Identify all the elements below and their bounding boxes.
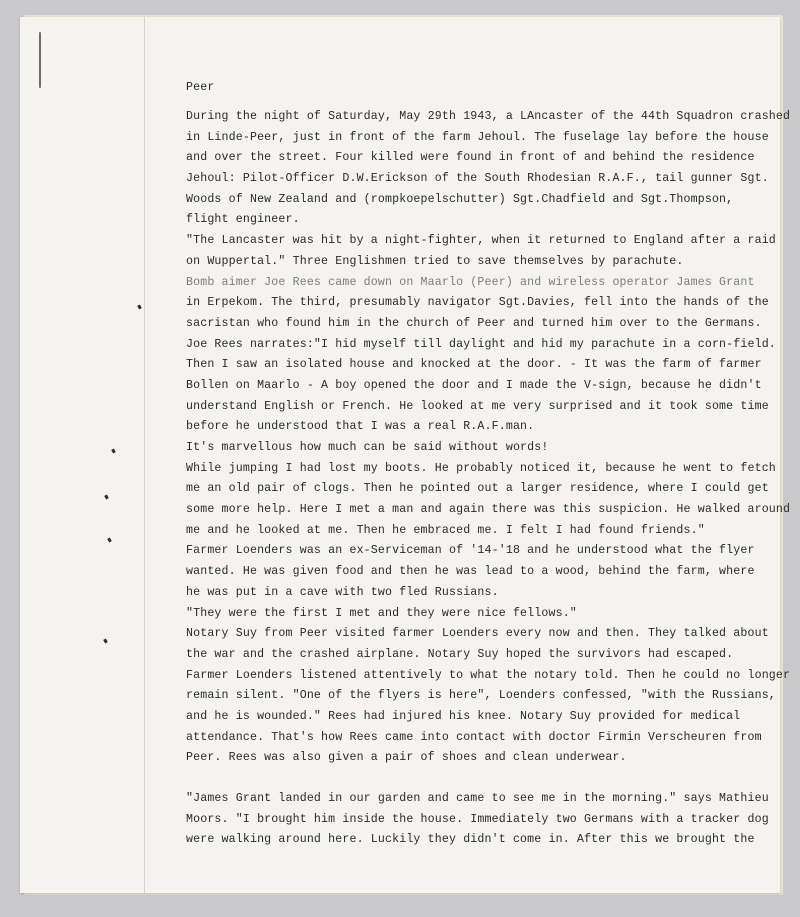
text-line: some more help. Here I met a man and aga… xyxy=(186,500,786,521)
text-line: Then I saw an isolated house and knocked… xyxy=(186,355,786,376)
text-line: Moors. "I brought him inside the house. … xyxy=(186,810,786,831)
text-line: were walking around here. Luckily they d… xyxy=(186,830,786,851)
text-line: in Erpekom. The third, presumably naviga… xyxy=(186,293,786,314)
text-line: Woods of New Zealand and (rompkoepelschu… xyxy=(186,190,786,211)
margin-fold-line xyxy=(144,17,145,893)
text-line: "James Grant landed in our garden and ca… xyxy=(186,789,786,810)
text-line: While jumping I had lost my boots. He pr… xyxy=(186,459,786,480)
text-line: It's marvellous how much can be said wit… xyxy=(186,438,786,459)
text-line: flight engineer. xyxy=(186,210,786,231)
text-line: Notary Suy from Peer visited farmer Loen… xyxy=(186,624,786,645)
text-line: Farmer Loenders was an ex-Serviceman of … xyxy=(186,541,786,562)
text-line: wanted. He was given food and then he wa… xyxy=(186,562,786,583)
margin-ink-mark xyxy=(103,639,108,644)
text-line: Farmer Loenders listened attentively to … xyxy=(186,666,786,687)
text-line: Bomb aimer Joe Rees came down on Maarlo … xyxy=(186,273,786,294)
text-line: Bollen on Maarlo - A boy opened the door… xyxy=(186,376,786,397)
text-line: remain silent. "One of the flyers is her… xyxy=(186,686,786,707)
text-line: in Linde-Peer, just in front of the farm… xyxy=(186,128,786,149)
paragraph-2: "James Grant landed in our garden and ca… xyxy=(186,789,786,851)
text-line: Jehoul: Pilot-Officer D.W.Erickson of th… xyxy=(186,169,786,190)
text-line: attendance. That's how Rees came into co… xyxy=(186,728,786,749)
text-line: the war and the crashed airplane. Notary… xyxy=(186,645,786,666)
text-line: he was put in a cave with two fled Russi… xyxy=(186,583,786,604)
text-line: before he understood that I was a real R… xyxy=(186,417,786,438)
margin-ink-mark xyxy=(107,538,112,543)
document-body: Peer During the night of Saturday, May 2… xyxy=(186,77,786,851)
text-line: sacristan who found him in the church of… xyxy=(186,314,786,335)
text-line: "They were the first I met and they were… xyxy=(186,604,786,625)
text-line: Joe Rees narrates:"I hid myself till day… xyxy=(186,335,786,356)
text-line: on Wuppertal." Three Englishmen tried to… xyxy=(186,252,786,273)
paragraph-1: During the night of Saturday, May 29th 1… xyxy=(186,107,786,769)
text-line: During the night of Saturday, May 29th 1… xyxy=(186,107,786,128)
text-line: and he is wounded." Rees had injured his… xyxy=(186,707,786,728)
text-line: me an old pair of clogs. Then he pointed… xyxy=(186,479,786,500)
text-line: Peer. Rees was also given a pair of shoe… xyxy=(186,748,786,769)
staple-mark xyxy=(39,32,41,88)
text-line: and over the street. Four killed were fo… xyxy=(186,148,786,169)
text-line: understand English or French. He looked … xyxy=(186,397,786,418)
text-line: "The Lancaster was hit by a night-fighte… xyxy=(186,231,786,252)
margin-ink-mark xyxy=(104,495,109,500)
margin-ink-mark xyxy=(137,305,142,310)
paragraph-gap xyxy=(186,769,786,789)
typewritten-page: Peer During the night of Saturday, May 2… xyxy=(20,17,780,893)
text-line: me and he looked at me. Then he embraced… xyxy=(186,521,786,542)
document-heading: Peer xyxy=(186,77,786,99)
margin-ink-mark xyxy=(111,449,116,454)
